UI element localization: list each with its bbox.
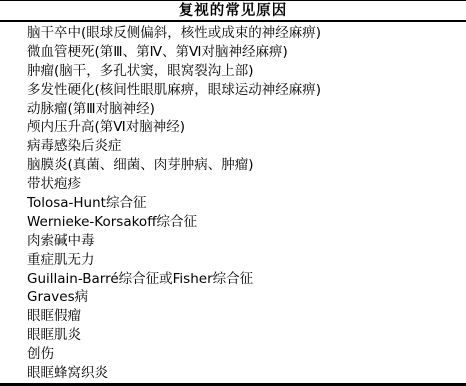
table-row: 颅内压升高(第Ⅵ对脑神经) [0,118,466,137]
table-title: 复视的常见原因 [0,1,466,22]
table-body: 脑干卒中(眼球反侧偏斜，核性或成束的神经麻痹)微血管梗死(第Ⅲ、第Ⅳ、第Ⅵ对脑神… [0,22,466,383]
table-row: Wernieke-Korsakoff综合征 [0,213,466,232]
diplopia-causes-table: 复视的常见原因 脑干卒中(眼球反侧偏斜，核性或成束的神经麻痹)微血管梗死(第Ⅲ、… [0,0,466,386]
table-row: 脑膜炎(真菌、细菌、肉芽肿病、肿瘤) [0,156,466,175]
table-row: 重症肌无力 [0,251,466,270]
table-row: 病毒感染后炎症 [0,137,466,156]
table-row: 创伤 [0,345,466,364]
table-row: Guillain-Barré综合征或Fisher综合征 [0,270,466,289]
table-row: 眼眶肌炎 [0,326,466,345]
table-row: 动脉瘤(第Ⅲ对脑神经) [0,100,466,119]
table-row: 带状疱疹 [0,175,466,194]
table-row: Tolosa-Hunt综合征 [0,194,466,213]
table-row: 脑干卒中(眼球反侧偏斜，核性或成束的神经麻痹) [0,24,466,43]
table-row: Graves病 [0,288,466,307]
table-row: 眼眶蜂窝织炎 [0,364,466,383]
table-row: 肿瘤(脑干，多孔状窦，眼窝裂沟上部) [0,62,466,81]
table-row: 微血管梗死(第Ⅲ、第Ⅳ、第Ⅵ对脑神经麻痹) [0,43,466,62]
table-row: 眼眶假瘤 [0,307,466,326]
table-row: 多发性硬化(核间性眼肌麻痹，眼球运动神经麻痹) [0,81,466,100]
table-row: 肉索碱中毒 [0,232,466,251]
